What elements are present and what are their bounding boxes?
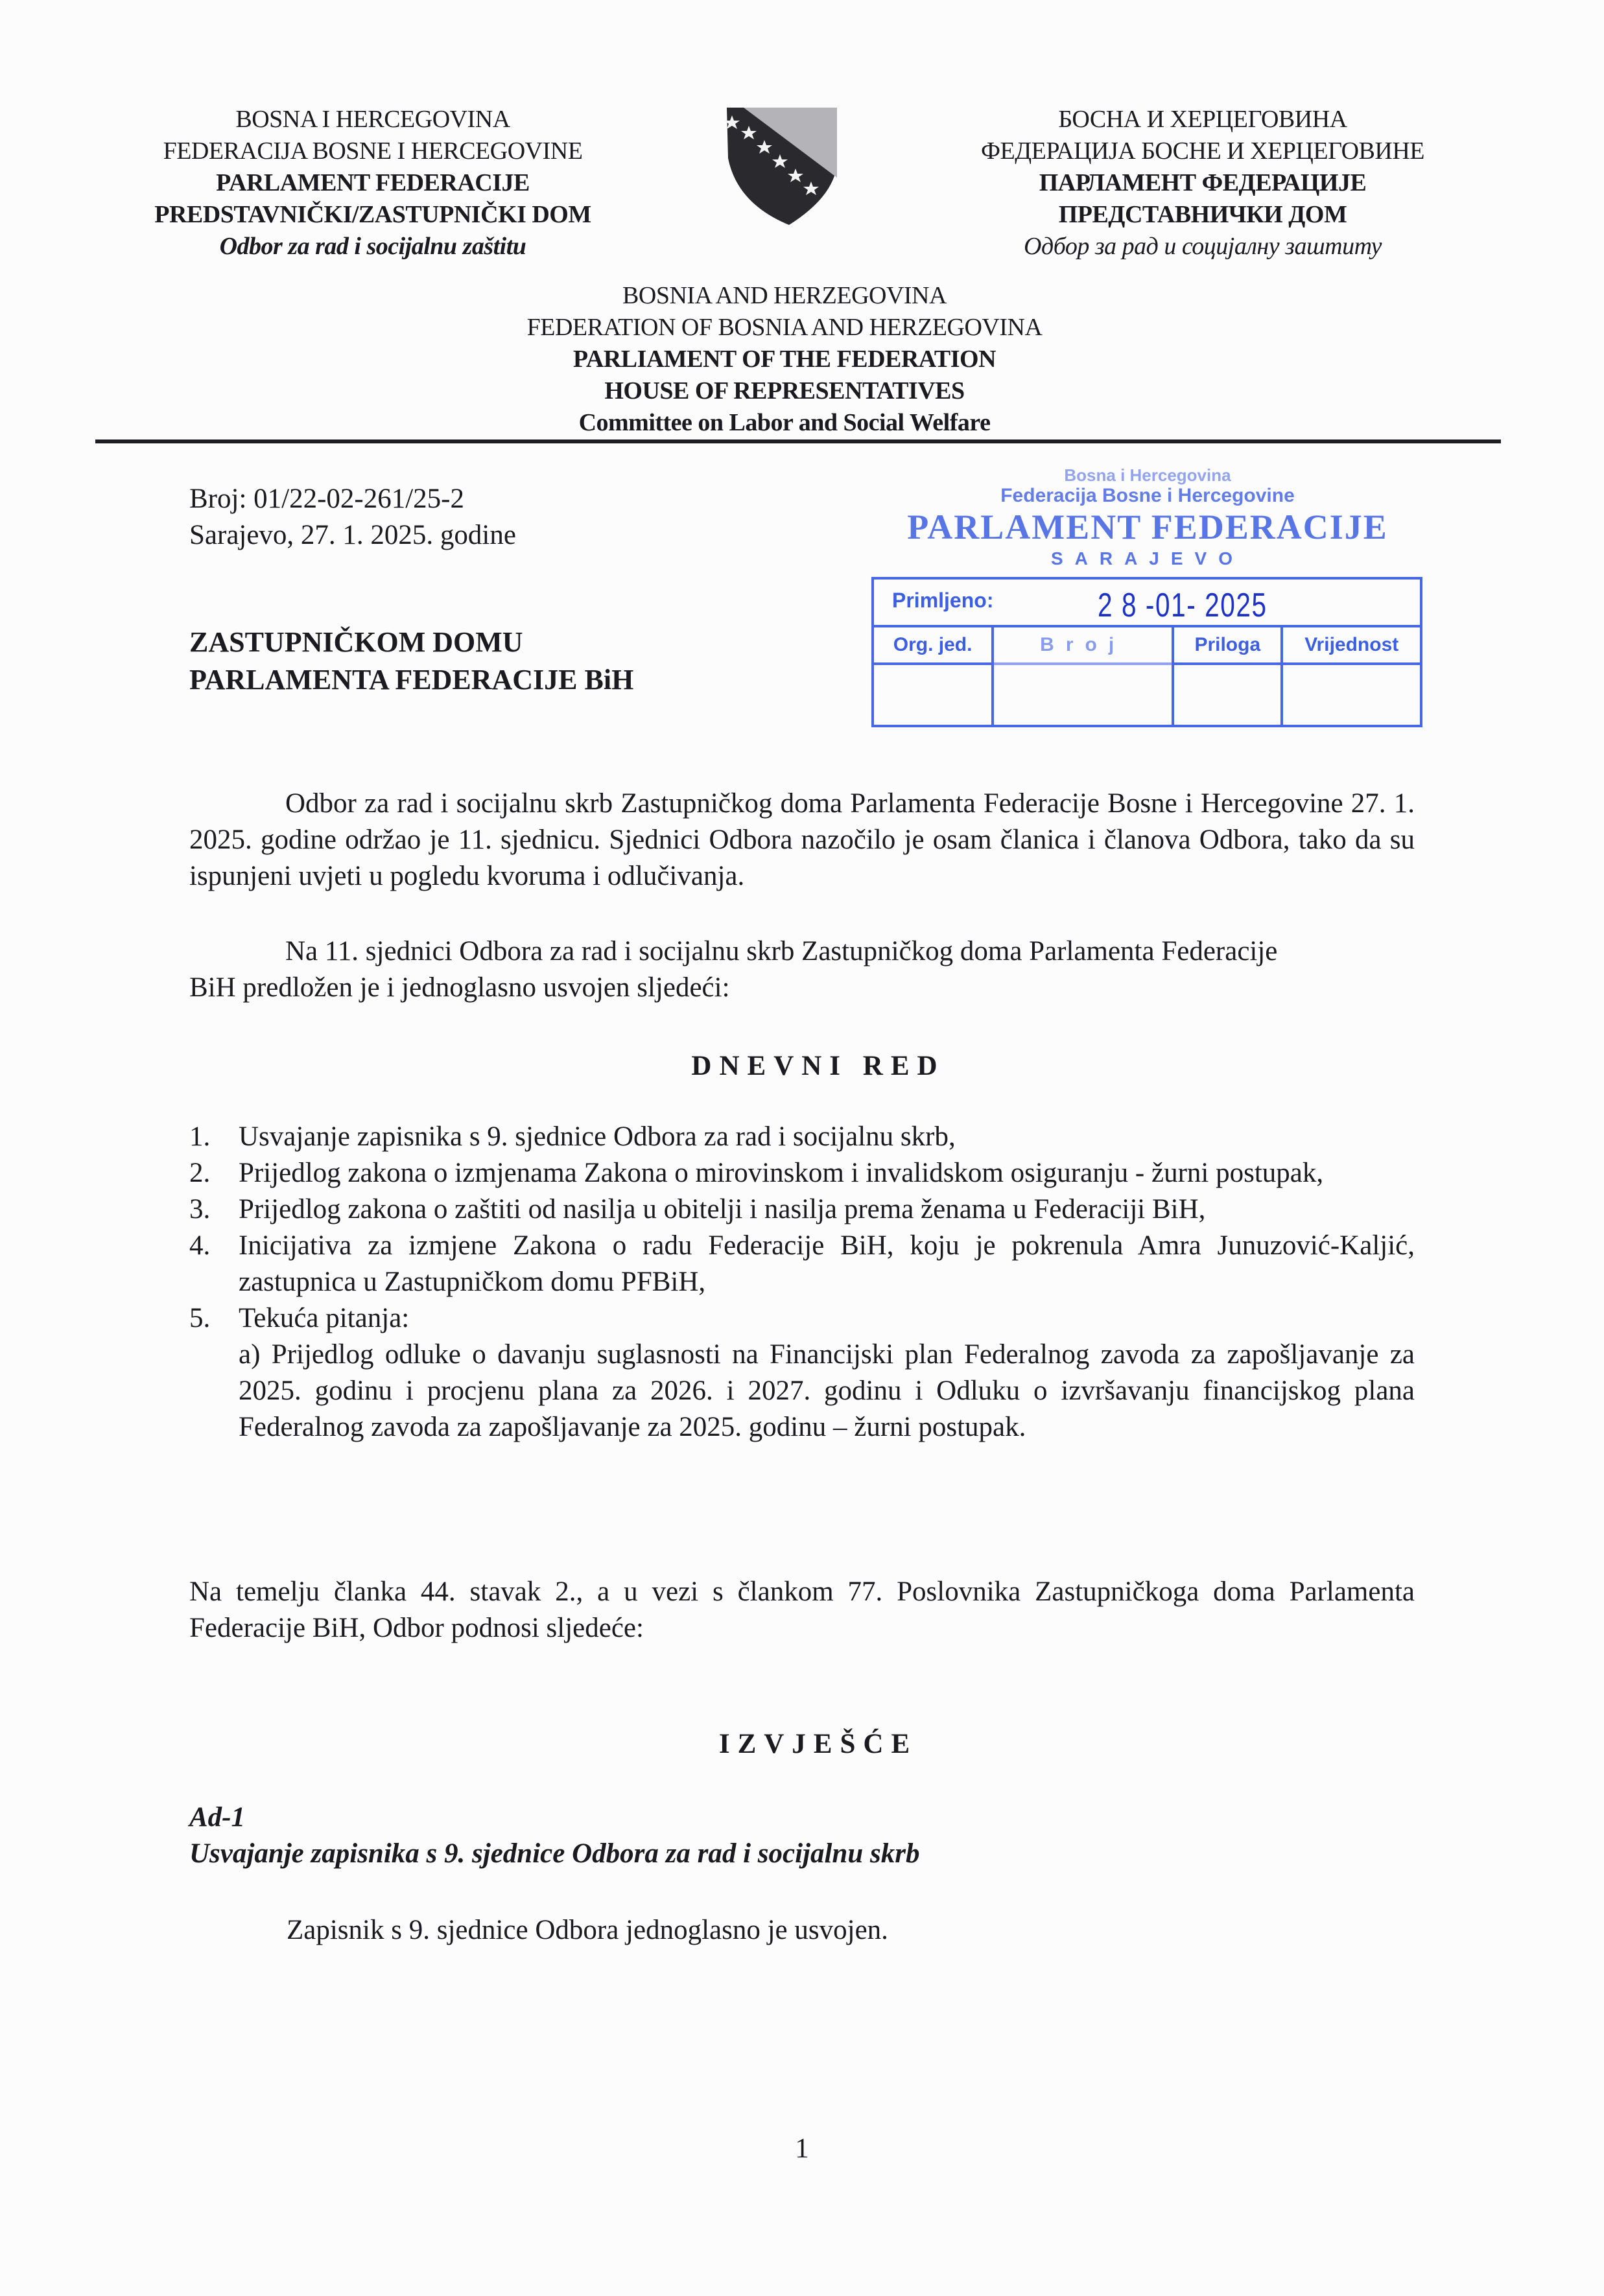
agenda-item: 2.Prijedlog zakona o izmjenama Zakona o …: [189, 1155, 1415, 1191]
stamp-table: Primljeno: 2 8 -01- 2025 Org. jed. Broj …: [871, 577, 1422, 727]
ad1-body: Zapisnik s 9. sjednice Odbora jednoglasn…: [287, 1912, 888, 1949]
letterhead-line: PARLAMENT FEDERACIJE: [117, 167, 629, 199]
agenda-item: 1.Usvajanje zapisnika s 9. sjednice Odbo…: [189, 1119, 1415, 1155]
coat-of-arms-icon: [724, 106, 838, 226]
stamp-line: Bosna i Hercegovina: [862, 465, 1433, 486]
stamp-received-label: Primljeno:: [892, 589, 993, 613]
letterhead-line: PARLIAMENT OF THE FEDERATION: [421, 344, 1148, 375]
addressee-line: PARLAMENTA FEDERACIJE BiH: [189, 661, 633, 699]
addressee: ZASTUPNIČKOM DOMU PARLAMENTA FEDERACIJE …: [189, 624, 633, 699]
letterhead-line: БОСНА И ХЕРЦЕГОВИНА: [940, 104, 1465, 135]
stamp-column: Vrijednost: [1283, 627, 1420, 725]
stamp-column: Org. jed.: [874, 627, 994, 725]
stamp-line: PARLAMENT FEDERACIJE: [862, 507, 1433, 547]
committee-name: Odbor za rad i socijalnu zaštitu: [117, 231, 629, 263]
ad1-heading: Ad-1 Usvajanje zapisnika s 9. sjednice O…: [189, 1799, 919, 1872]
letterhead-left: BOSNA I HERCEGOVINA FEDERACIJA BOSNE I H…: [117, 104, 629, 263]
page-number: 1: [0, 2133, 1604, 2164]
reference-number: Broj: 01/22-02-261/25-2: [189, 481, 516, 517]
letterhead-line: FEDERATION OF BOSNIA AND HERZEGOVINA: [421, 312, 1148, 344]
ad1-label: Ad-1: [189, 1799, 919, 1836]
stamp-column: Priloga: [1174, 627, 1283, 725]
document-reference: Broj: 01/22-02-261/25-2 Sarajevo, 27. 1.…: [189, 481, 516, 554]
legal-basis-paragraph: Na temelju članka 44. stavak 2., a u vez…: [189, 1574, 1415, 1646]
letterhead-line: ПАРЛАМЕНТ ФЕДЕРАЦИЈЕ: [940, 167, 1465, 199]
agenda-item: 3.Prijedlog zakona o zaštiti od nasilja …: [189, 1191, 1415, 1228]
stamp-line: Federacija Bosne i Hercegovine: [862, 485, 1433, 507]
stamp-received-date: 2 8 -01- 2025: [1098, 586, 1268, 625]
letterhead-line: BOSNA I HERCEGOVINA: [117, 104, 629, 135]
letterhead-line: FEDERACIJA BOSNE I HERCEGOVINE: [117, 135, 629, 167]
agenda-item: 5.Tekuća pitanja: a) Prijedlog odluke o …: [189, 1300, 1415, 1446]
stamp-line: SARAJEVO: [862, 548, 1433, 569]
agenda-subitem: a) Prijedlog odluke o davanju suglasnost…: [239, 1337, 1415, 1446]
ad1-title: Usvajanje zapisnika s 9. sjednice Odbora…: [189, 1836, 919, 1872]
stamp-column: Broj: [994, 627, 1174, 725]
letterhead-line: ФЕДЕРАЦИЈА БОСНЕ И ХЕРЦЕГОВИНЕ: [940, 135, 1465, 167]
letterhead-line: PREDSTAVNIČKI/ZASTUPNIČKI DOM: [117, 199, 629, 231]
letterhead-line: ПРЕДСТАВНИЧКИ ДОМ: [940, 199, 1465, 231]
letterhead-line: HOUSE OF REPRESENTATIVES: [421, 375, 1148, 407]
intro-paragraph: Odbor za rad i socijalnu skrb Zastupničk…: [189, 786, 1415, 895]
header-divider: [95, 439, 1501, 443]
addressee-line: ZASTUPNIČKOM DOMU: [189, 624, 633, 661]
agenda-intro-paragraph: Na 11. sjednici Odbora za rad i socijaln…: [189, 933, 1298, 1006]
agenda-title: DNEVNI RED: [0, 1050, 1604, 1082]
place-date: Sarajevo, 27. 1. 2025. godine: [189, 517, 516, 554]
received-stamp: Bosna i Hercegovina Federacija Bosne i H…: [862, 462, 1433, 734]
report-title: IZVJEŠĆE: [0, 1728, 1604, 1760]
letterhead-english: BOSNIA AND HERZEGOVINA FEDERATION OF BOS…: [421, 280, 1148, 439]
committee-name-cyrillic: Одбор за рад и социјалну заштиту: [940, 231, 1465, 263]
agenda-list: 1.Usvajanje zapisnika s 9. sjednice Odbo…: [189, 1119, 1415, 1446]
committee-name-english: Committee on Labor and Social Welfare: [421, 407, 1148, 439]
agenda-item: 4.Inicijativa za izmjene Zakona o radu F…: [189, 1228, 1415, 1300]
letterhead-line: BOSNIA AND HERZEGOVINA: [421, 280, 1148, 312]
letterhead-right: БОСНА И ХЕРЦЕГОВИНА ФЕДЕРАЦИЈА БОСНЕ И Х…: [940, 104, 1465, 263]
